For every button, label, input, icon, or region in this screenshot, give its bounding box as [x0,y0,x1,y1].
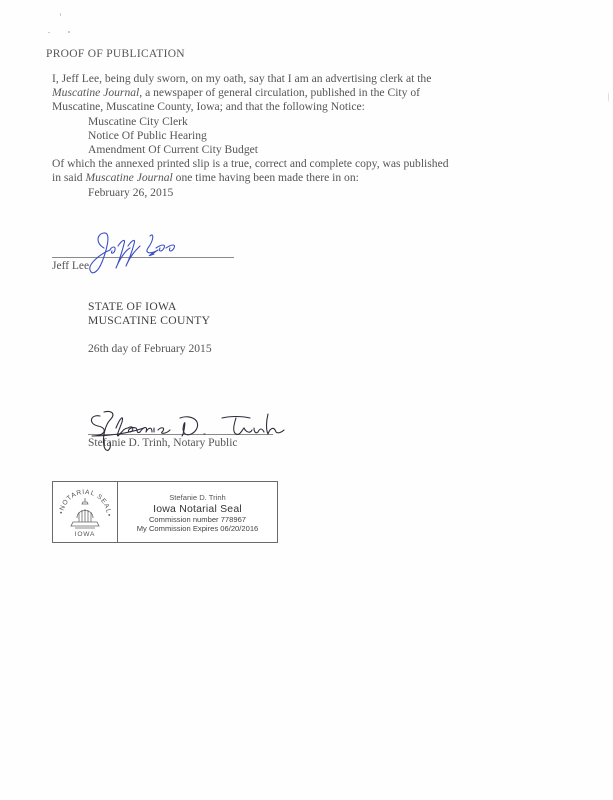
affidavit-line-5: in said Muscatine Journal one time havin… [52,171,492,185]
handwritten-signature-icon [82,224,202,284]
county-name: MUSCATINE COUNTY [88,314,210,328]
newspaper-name: Muscatine Journal [52,86,139,99]
sworn-date: 26th day of February 2015 [88,342,212,355]
seal-commission-number: Commission number 778967 [149,515,246,525]
notice-item: Notice Of Public Hearing [52,129,492,143]
affidavit-line-4: Of which the annexed printed slip is a t… [52,157,492,171]
scan-speck [48,32,50,33]
seal-commission-expiry: My Commission Expires 06/20/2016 [137,524,259,534]
clerk-signature-block: Jeff Lee [52,232,237,272]
document-page: PROOF OF PUBLICATION I, Jeff Lee, being … [0,0,613,800]
notary-seal-stamp: •NOTARIAL SEAL• IOWA Stefanie D. Trinh I… [52,481,278,543]
affidavit-line-3: Muscatine, Muscatine County, Iowa; and t… [52,100,492,114]
scan-speck [608,92,609,102]
capitol-seal-icon: •NOTARIAL SEAL• IOWA [53,482,117,542]
affidavit-line-2: Muscatine Journal, a newspaper of genera… [52,86,492,100]
notary-signature-block: Stefanie D. Trinh, Notary Public [88,412,278,457]
notice-item: Amendment Of Current City Budget [52,143,492,157]
notice-item: Muscatine City Clerk [52,115,492,129]
svg-text:IOWA: IOWA [75,531,96,538]
publication-date: February 26, 2015 [52,186,492,200]
iowa-notarial-seal-icon: •NOTARIAL SEAL• IOWA [53,482,118,542]
seal-notary-name: Stefanie D. Trinh [169,493,226,503]
scan-speck [60,13,61,16]
seal-title: Iowa Notarial Seal [153,503,242,515]
jurisdiction-block: STATE OF IOWA MUSCATINE COUNTY [88,300,210,328]
handwritten-signature-icon [86,406,286,454]
document-title: PROOF OF PUBLICATION [46,48,185,60]
affidavit-line-1: I, Jeff Lee, being duly sworn, on my oat… [52,72,492,86]
newspaper-name: Muscatine Journal [86,171,173,184]
scan-speck [68,31,70,33]
seal-text: Stefanie D. Trinh Iowa Notarial Seal Com… [118,482,277,542]
state-name: STATE OF IOWA [88,300,210,314]
affidavit-text: I, Jeff Lee, being duly sworn, on my oat… [52,72,492,200]
